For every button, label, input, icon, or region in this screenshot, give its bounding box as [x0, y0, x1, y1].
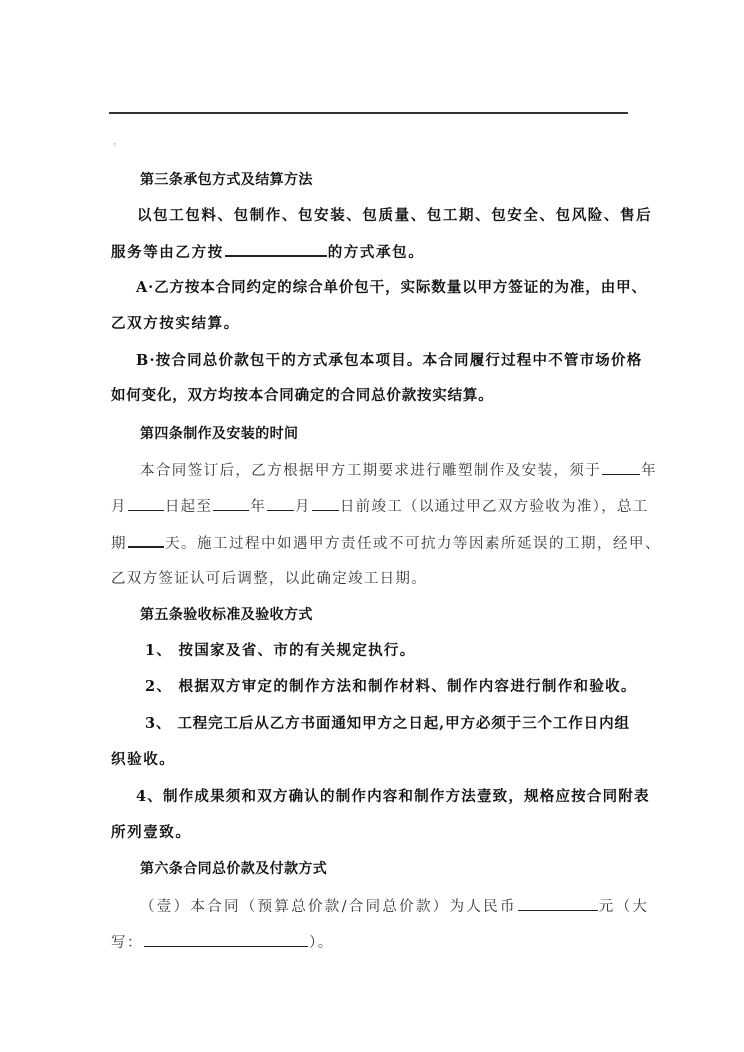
- article3-para1-line1: 以包工包料、包制作、包安装、包质量、包工期、包安全、包风险、售后: [137, 206, 657, 226]
- article5-item3-line2: 织验收。: [111, 750, 631, 770]
- article4-line3-a: 期: [111, 536, 127, 552]
- start-month-blank[interactable]: [128, 496, 164, 511]
- article6-line1: （壹）本合同（预算总价款/合同总价款）为人民币元（大: [140, 896, 660, 917]
- article3-itemA-line2: 乙双方按实结算。: [111, 314, 631, 334]
- article3-para1-line2-b: 的方式承包。: [328, 244, 425, 261]
- stray-punctuation: 。: [113, 133, 123, 148]
- amount-figures-blank[interactable]: [518, 896, 598, 911]
- article4-line2-e: 日前竣工（以通过甲乙双方验收为准），总工: [340, 499, 649, 515]
- end-year-blank[interactable]: [213, 496, 249, 511]
- article4-line4: 乙双方签证认可后调整，以此确定竣工日期。: [111, 569, 631, 589]
- article4-title: 第四条制作及安装的时间: [140, 424, 660, 444]
- article4-line1: 本合同签订后，乙方根据甲方工期要求进行雕塑制作及安装，须于年: [140, 460, 660, 481]
- article6-title: 第六条合同总价款及付款方式: [140, 859, 660, 879]
- amount-words-blank[interactable]: [144, 932, 308, 947]
- article3-itemA-line1: A·乙方按本合同约定的综合单价包干，实际数量以甲方签证的为准，由甲、: [136, 278, 656, 298]
- article4-line2: 月日起至年月日前竣工（以通过甲乙双方验收为准），总工: [111, 496, 631, 517]
- article4-line3: 期天。施工过程中如遇甲方责任或不可抗力等因素所延误的工期，经甲、: [111, 532, 631, 554]
- article5-item2: 2、 根据双方审定的制作方法和制作材料、制作内容进行制作和验收。: [145, 677, 665, 697]
- article4-line2-a: 月: [111, 499, 127, 515]
- document-page: 。 第三条承包方式及结算方法 以包工包料、包制作、包安装、包质量、包工期、包安全…: [0, 0, 744, 1052]
- article5-item1: 1、 按国家及省、市的有关规定执行。: [145, 641, 665, 661]
- article4-line1-a: 本合同签订后，乙方根据甲方工期要求进行雕塑制作及安装，须于: [140, 463, 601, 479]
- article4-line3-b: 天。施工过程中如遇甲方责任或不可抗力等因素所延误的工期，经甲、: [165, 536, 661, 552]
- start-year-blank[interactable]: [602, 460, 640, 475]
- article5-item4-line2: 所列壹致。: [111, 823, 631, 843]
- contract-method-blank[interactable]: [225, 241, 327, 257]
- article4-line2-c: 年: [250, 499, 266, 515]
- end-day-blank[interactable]: [312, 496, 339, 511]
- article6-line2-a: 写：: [111, 935, 143, 951]
- article4-line1-b: 年: [641, 463, 657, 479]
- article3-itemB-line1: B·按合同总价款包干的方式承包本项目。本合同履行过程中不管市场价格: [136, 351, 656, 371]
- article3-title: 第三条承包方式及结算方法: [140, 170, 660, 190]
- article6-line1-a: （壹）本合同（预算总价款/合同总价款）为人民币: [140, 899, 517, 915]
- article4-line2-d: 月: [295, 499, 311, 515]
- article3-itemB-line2: 如何变化，双方均按本合同确定的合同总价款按实结算。: [111, 386, 631, 406]
- article5-item3-line1: 3、 工程完工后从乙方书面通知甲方之日起,甲方必须于三个工作日内组: [145, 714, 665, 734]
- article6-line2: 写：）。: [111, 932, 631, 953]
- article6-line1-b: 元（大: [599, 899, 649, 915]
- article4-line2-b: 日起至: [165, 499, 212, 515]
- end-month-blank[interactable]: [267, 496, 294, 511]
- article5-item4-line1: 4、制作成果须和双方确认的制作内容和制作方法壹致，规格应按合同附表: [136, 787, 656, 807]
- article6-line2-b: ）。: [309, 935, 334, 951]
- header-rule: [109, 112, 628, 114]
- article3-para1-line2-a: 服务等由乙方按: [111, 244, 224, 261]
- article5-title: 第五条验收标准及验收方式: [140, 605, 660, 625]
- total-days-blank[interactable]: [128, 532, 164, 548]
- article3-para1-line2: 服务等由乙方按的方式承包。: [111, 241, 631, 263]
